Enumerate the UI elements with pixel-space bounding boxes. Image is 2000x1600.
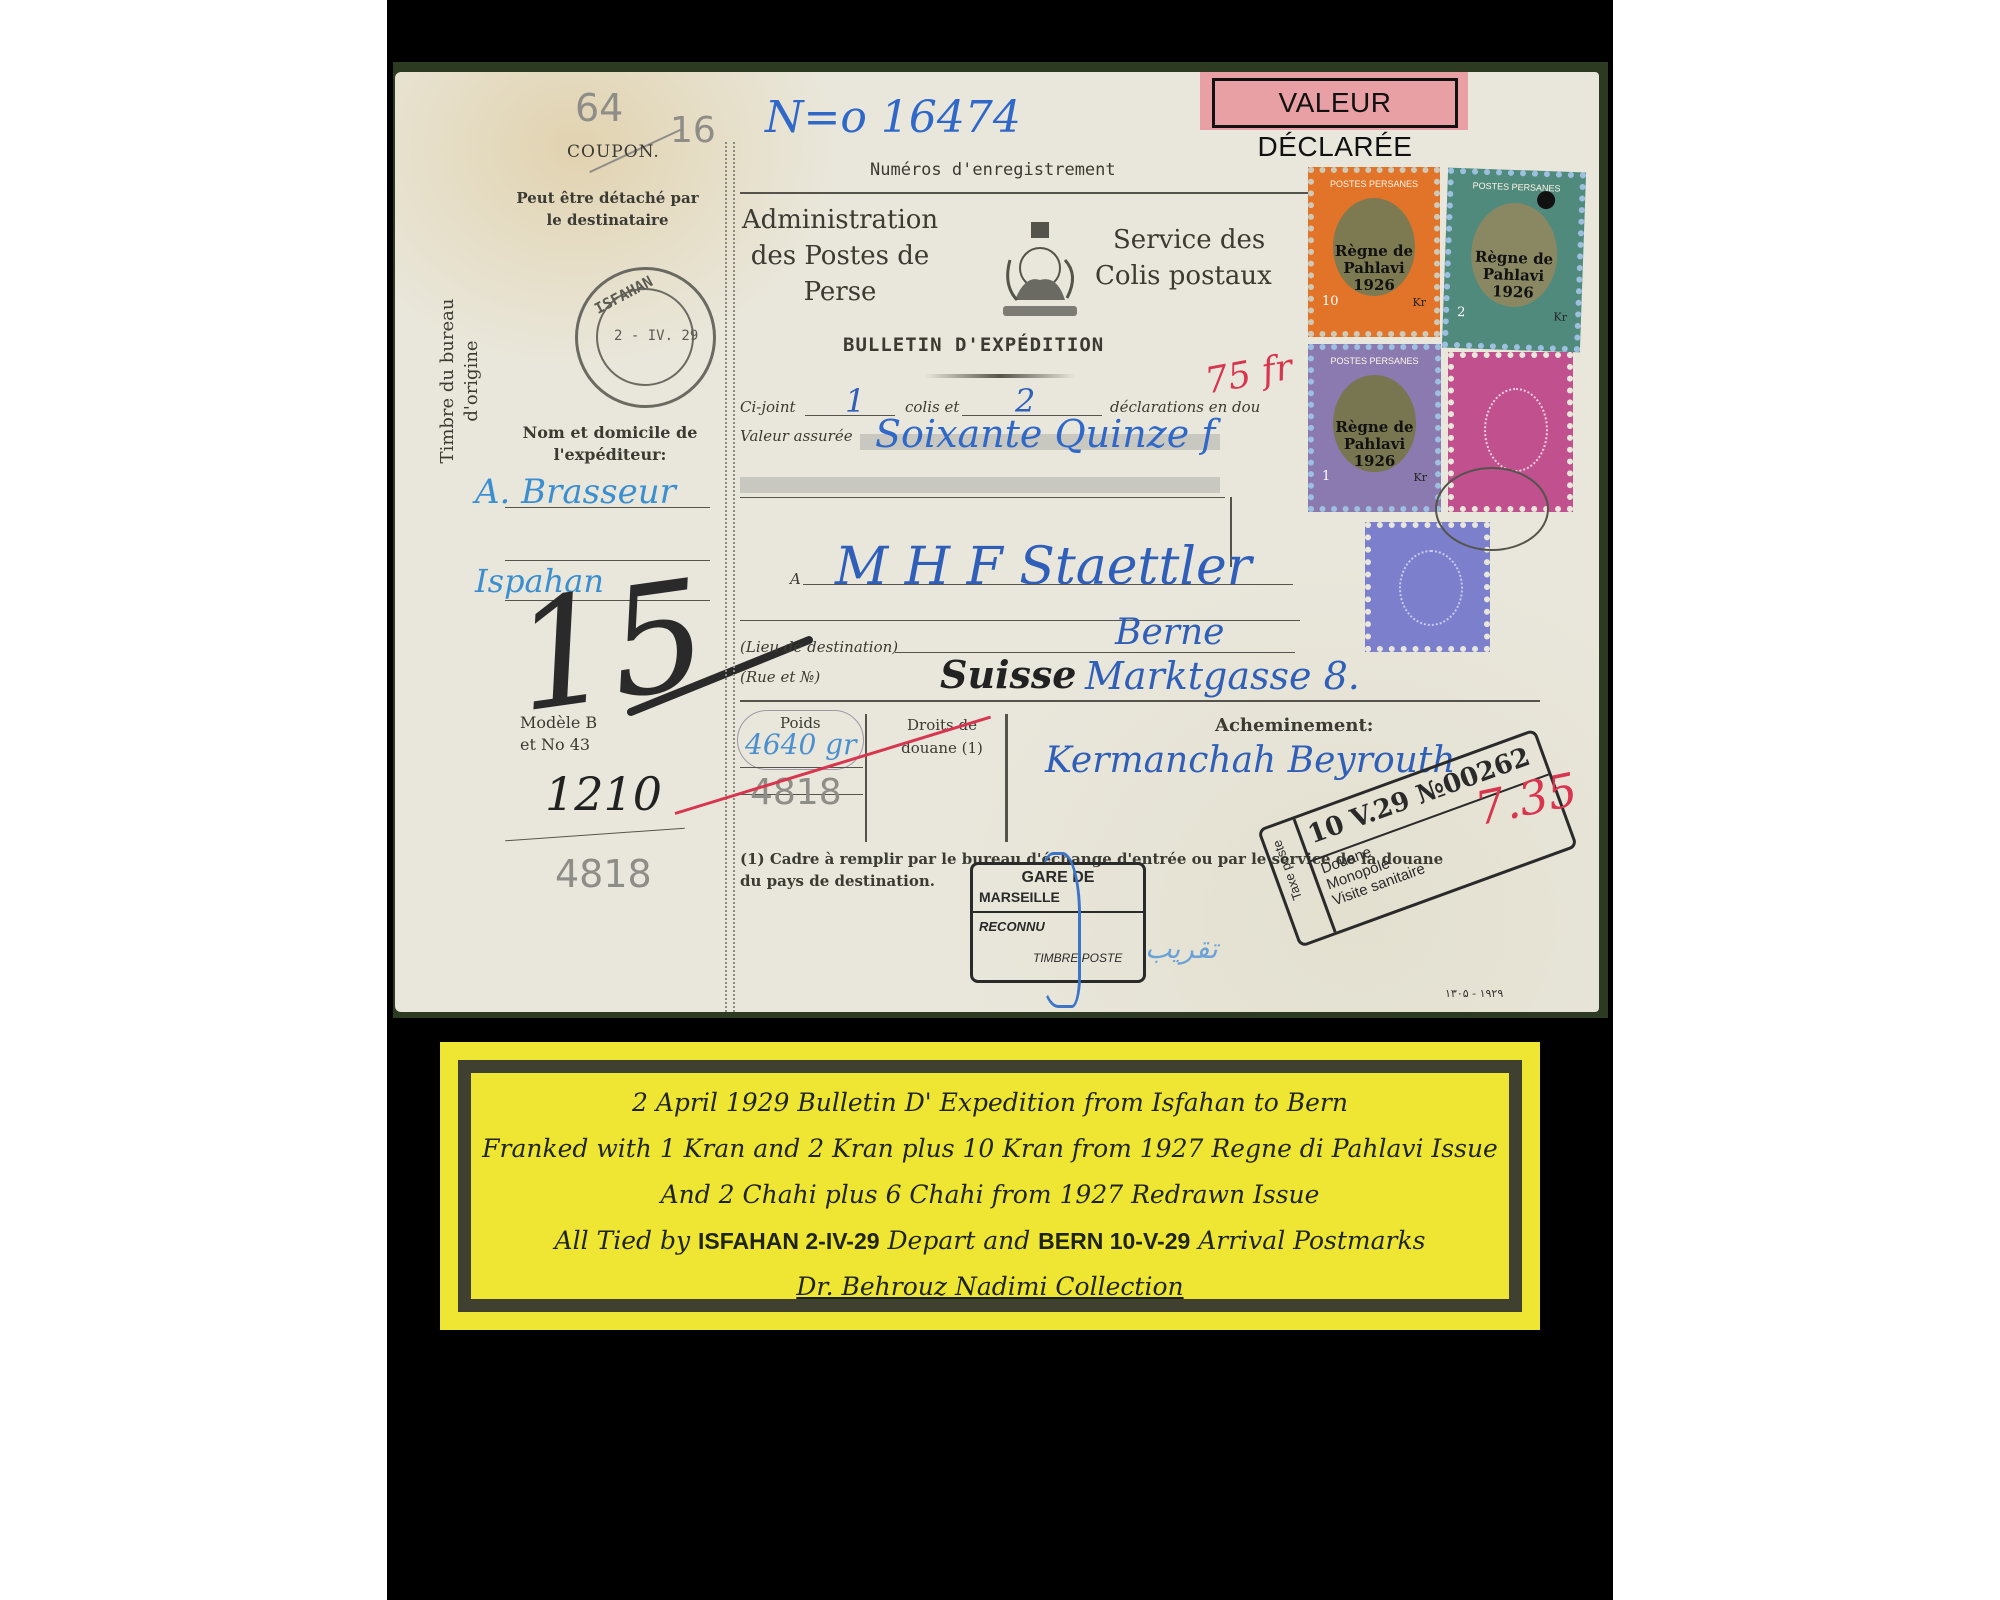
overprint-line-2: Pahlavi <box>1314 260 1434 277</box>
rue-label: (Rue et №) <box>740 668 820 686</box>
registration-label: Numéros d'enregistrement <box>870 160 1116 180</box>
stamp-unit: Kr <box>1553 310 1567 323</box>
admin-line-1: Administration <box>740 202 940 238</box>
acheminement-label: Acheminement: <box>1215 715 1373 736</box>
postmark-date: 2 - IV. 29 <box>614 328 698 344</box>
overprint-line-1: Règne de <box>1314 419 1435 436</box>
valeur-value: Soixante Quinze f <box>875 412 1215 456</box>
model-line-2: et No 43 <box>520 734 597 756</box>
isfahan-postmark: ISFAHAN 2 - IV. 29 <box>575 267 716 408</box>
droits-label: Droits de douane (1) <box>882 714 1002 760</box>
caption-line-3: And 2 Chahi plus 6 Chahi from 1927 Redra… <box>471 1172 1509 1218</box>
overprint-line-3: 1926 <box>1450 282 1577 303</box>
lieu-value: Berne <box>1115 612 1224 653</box>
stamp-1-kran: POSTES PERSANES Règne de Pahlavi 1926 1 … <box>1308 344 1441 512</box>
value-field-band-2 <box>740 477 1220 493</box>
caption-lines: 2 April 1929 Bulletin D' Expedition from… <box>471 1080 1509 1310</box>
overprint-line-1: Règne de <box>1314 243 1434 260</box>
stamp-10-kran: POSTES PERSANES Règne de Pahlavi 1926 10… <box>1308 167 1440 337</box>
caption-panel: 2 April 1929 Bulletin D' Expedition from… <box>440 1042 1540 1330</box>
stamp-2-kran: POSTES PERSANES Règne de Pahlavi 1926 2 … <box>1442 168 1586 353</box>
sender-label-line-2: l'expéditeur: <box>500 444 720 466</box>
declared-value-text: VALEUR DÉCLARÉE <box>1212 78 1458 128</box>
persian-footer-note: ۱۳۰۵ - ۱۹۲۹ <box>1445 987 1503 1000</box>
admin-line-2: des Postes de <box>740 238 940 274</box>
pencil-note-64: 64 <box>575 86 623 130</box>
sender-label-line-1: Nom et domicile de <box>500 422 720 444</box>
vertical-label-line-1: Timbre du bureau <box>436 261 460 501</box>
stamp-value: 10 <box>1322 294 1339 309</box>
stamp-top-text: POSTES PERSANES <box>1314 179 1434 189</box>
admin-line-3: Perse <box>740 274 940 310</box>
pencil-note-4818: 4818 <box>555 852 652 896</box>
valeur-label: Valeur assurée <box>740 427 853 445</box>
stamp-unit: Kr <box>1413 296 1426 309</box>
caption-line-5: Dr. Behrouz Nadimi Collection <box>471 1264 1509 1310</box>
recipient-label: A <box>790 570 801 588</box>
vertical-label-line-2: d'origine <box>460 261 484 501</box>
model-label: Modèle B et No 43 <box>520 712 597 756</box>
parcel-bulletin-document: 64 16 COUPON. Peut être détaché par le d… <box>395 72 1599 1012</box>
caption-line-4-mid: Depart and <box>888 1226 1031 1255</box>
stamp-value: 2 <box>1457 305 1466 320</box>
perforation-line <box>725 142 735 1012</box>
detach-line-2: le destinataire <box>495 209 720 231</box>
stamp-value: 1 <box>1322 469 1330 484</box>
stamp-top-text: POSTES PERSANES <box>1314 356 1435 366</box>
stamp-overprint: Règne de Pahlavi 1926 <box>1450 248 1578 303</box>
caption-bern-postmark: BERN 10-V-29 <box>1038 1228 1190 1254</box>
poids-pencil: 4818 <box>750 772 842 813</box>
lion-and-sun-emblem-icon <box>995 220 1085 330</box>
acheminement-value: Kermanchah Beyrouth <box>1045 740 1455 781</box>
overprint-line-2: Pahlavi <box>1314 436 1435 453</box>
stamp-overprint: Règne de Pahlavi 1926 <box>1314 419 1435 470</box>
caption-line-1: 2 April 1929 Bulletin D' Expedition from… <box>471 1080 1509 1126</box>
administration-title: Administration des Postes de Perse <box>740 202 940 310</box>
lieu-label: (Lieu de destination) <box>740 638 898 656</box>
handwritten-amount: 1210 <box>545 767 662 821</box>
cijoint-label: Ci-joint <box>740 398 796 416</box>
ornamental-rule <box>925 374 1075 378</box>
sender-label: Nom et domicile de l'expéditeur: <box>500 422 720 466</box>
caption-line-4-pre: All Tied by <box>555 1226 691 1255</box>
stamp-top-text: POSTES PERSANES <box>1453 180 1579 194</box>
caption-line-4-post: Arrival Postmarks <box>1198 1226 1425 1255</box>
caption-line-2: Franked with 1 Kran and 2 Kran plus 10 K… <box>471 1126 1509 1172</box>
service-line-1: Service des <box>1095 222 1295 258</box>
red-amount-note: 75 fr <box>1202 347 1296 403</box>
origin-office-label: Timbre du bureau d'origine <box>436 261 484 501</box>
pencil-note-16: 16 <box>670 110 716 151</box>
recipient-name: M H F Staettler <box>835 537 1252 597</box>
model-line-1: Modèle B <box>520 712 597 734</box>
service-title: Service des Colis postaux <box>1095 222 1295 294</box>
stamp-overprint: Règne de Pahlavi 1926 <box>1314 243 1434 294</box>
caption-line-4: All Tied by ISFAHAN 2-IV-29 Depart and B… <box>471 1218 1509 1264</box>
table-divider-1 <box>865 714 867 842</box>
overprint-line-3: 1926 <box>1314 277 1434 294</box>
caption-isfahan-postmark: ISFAHAN 2-IV-29 <box>698 1228 880 1254</box>
rue-value: Marktgasse 8. <box>1085 654 1360 698</box>
registration-number: N=o 16474 <box>765 92 1021 143</box>
bern-cancel-postmark <box>1435 467 1549 551</box>
coupon-detach-text: Peut être détaché par le destinataire <box>495 187 720 231</box>
declared-value-label: VALEUR DÉCLARÉE <box>1200 72 1468 130</box>
bulletin-title: BULLETIN D'EXPÉDITION <box>843 334 1104 356</box>
persian-handwriting: تقریب <box>1145 932 1218 965</box>
detach-line-1: Peut être détaché par <box>495 187 720 209</box>
cijoint-value: 1 <box>845 382 865 420</box>
stamp-unit: Kr <box>1414 471 1427 484</box>
destination-country: Suisse <box>940 652 1076 697</box>
collection-credit: Dr. Behrouz Nadimi Collection <box>796 1272 1183 1301</box>
poids-value: 4640 gr <box>745 728 856 761</box>
punch-hole <box>1537 191 1556 210</box>
table-divider-2 <box>1005 714 1008 842</box>
big-handwritten-number: 15 <box>505 559 715 734</box>
overprint-line-3: 1926 <box>1314 453 1435 470</box>
blue-crayon-mark <box>1035 852 1081 1008</box>
service-line-2: Colis postaux <box>1095 258 1295 294</box>
sender-name: A. Brasseur <box>475 472 676 512</box>
coupon-title: COUPON. <box>567 142 660 162</box>
droits-line-2: douane (1) <box>882 737 1002 760</box>
